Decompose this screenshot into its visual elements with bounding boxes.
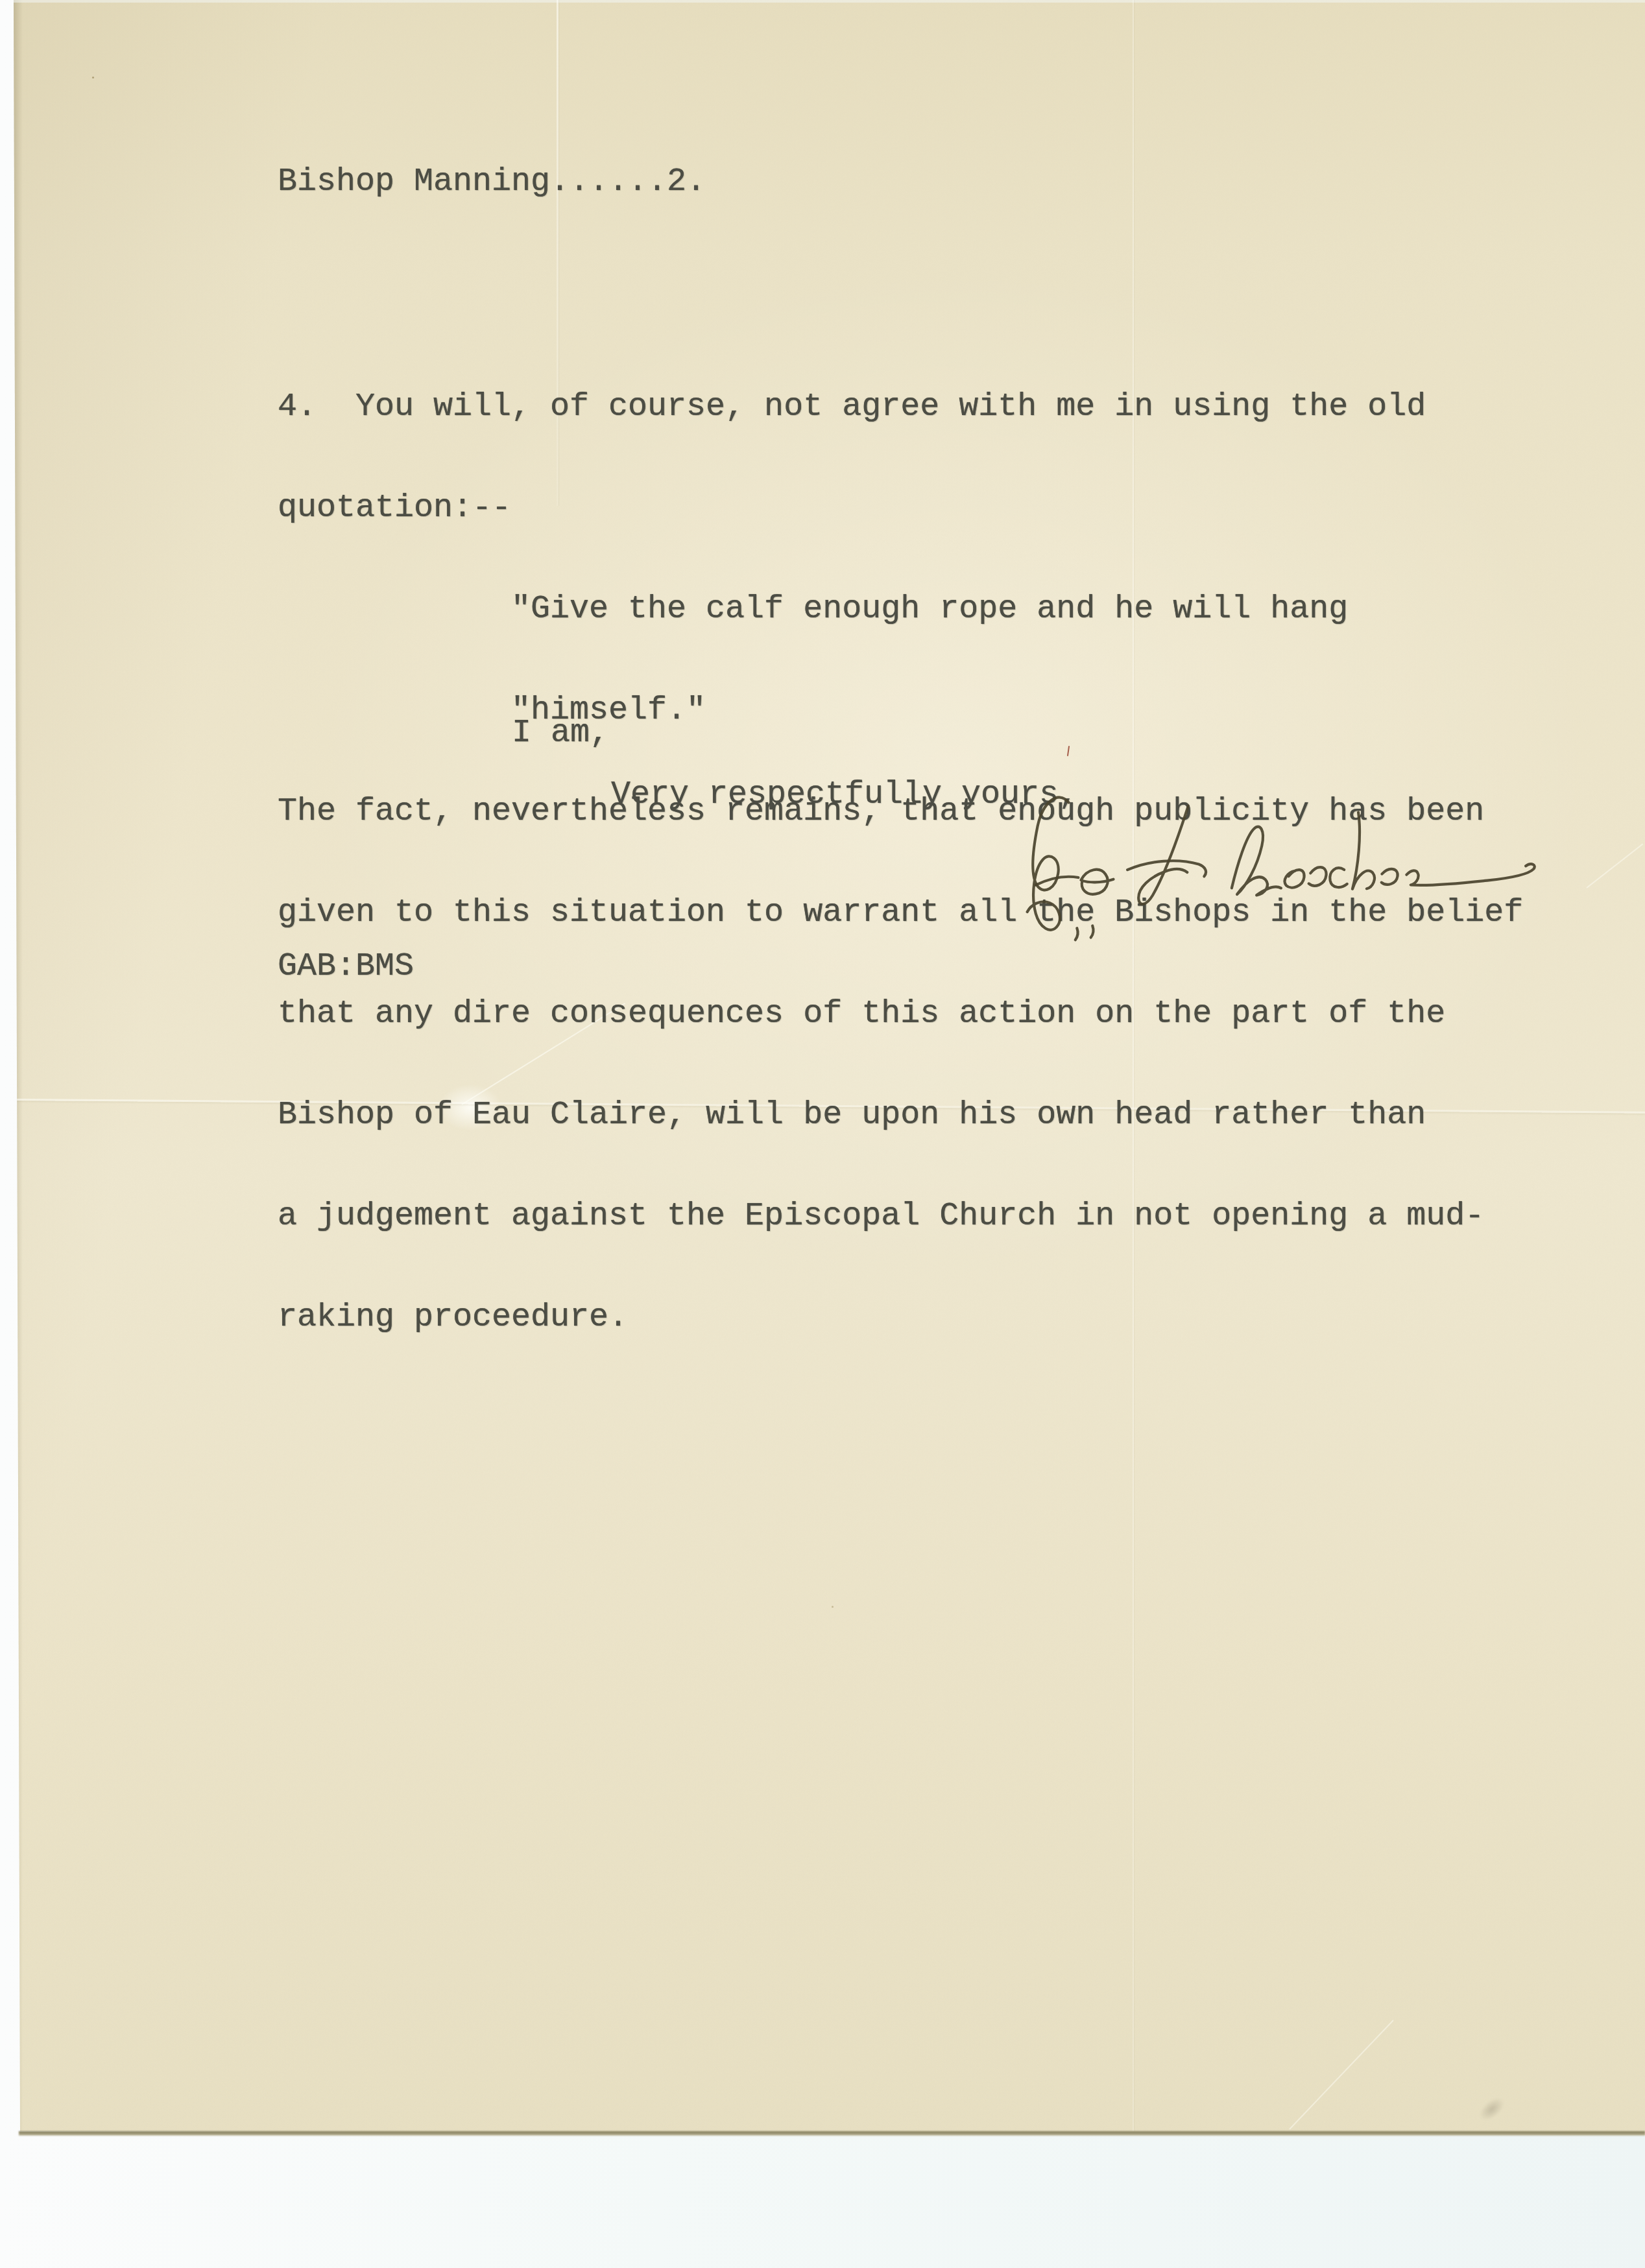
- signature-stroke: [1075, 928, 1077, 940]
- typist-initials: GAB:BMS: [278, 950, 414, 984]
- signature-stroke: [1284, 870, 1304, 888]
- body-line: a judgement against the Episcopal Church…: [278, 1200, 1523, 1234]
- signature-stroke: [1351, 812, 1375, 889]
- diagonal-crease-right-edge: [1586, 843, 1643, 888]
- letter-page: Bishop Manning......2. 4. You will, of c…: [0, 0, 1645, 2135]
- body-line: Bishop of Eau Claire, will be upon his o…: [278, 1099, 1523, 1132]
- handwritten-signature: [971, 783, 1558, 946]
- paper-bottom-edge-shadow: [19, 2131, 1645, 2136]
- diagonal-crease-bottom-right: [1289, 2020, 1393, 2129]
- body-line: raking proceedure.: [278, 1301, 1523, 1335]
- signature-stroke: [1024, 797, 1072, 931]
- signature-stroke: [1406, 864, 1535, 885]
- body-line: that any dire consequences of this actio…: [278, 997, 1523, 1031]
- signature-stroke: [1081, 869, 1114, 894]
- body-line: 4. You will, of course, not agree with m…: [278, 390, 1523, 424]
- signature-stroke: [1308, 867, 1327, 886]
- signature-stroke: [1136, 806, 1191, 904]
- dust-speck: [832, 1606, 834, 1608]
- paper-left-edge-shading: [14, 0, 23, 2135]
- pre-closing-line: I am,: [512, 717, 609, 750]
- body-line: "Give the calf enough rope and he will h…: [278, 593, 1523, 627]
- signature-stroke: [1231, 826, 1282, 896]
- body-line: "himself.": [278, 694, 1523, 728]
- body-line: quotation:--: [278, 492, 1523, 525]
- signature-stroke: [1381, 869, 1398, 885]
- scanner-background: Bishop Manning......2. 4. You will, of c…: [0, 0, 1645, 2268]
- page-header: Bishop Manning......2.: [278, 165, 706, 199]
- gray-smudge: [1470, 2088, 1514, 2131]
- signature-stroke: [1090, 925, 1093, 937]
- dust-speck: [92, 77, 94, 78]
- paper-top-glare: [14, 0, 1645, 3]
- signature-stroke: [1330, 868, 1347, 887]
